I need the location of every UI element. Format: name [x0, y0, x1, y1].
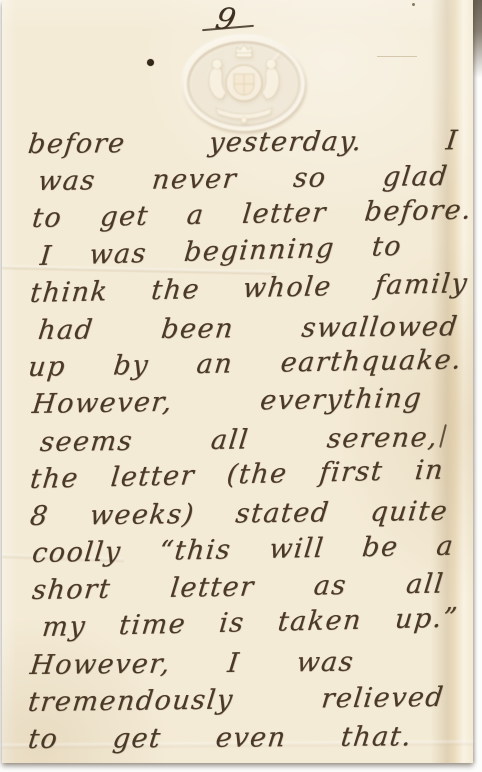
handwritten-line: However, everything [30, 382, 424, 425]
embossed-royal-coat-of-arms-seal [180, 36, 308, 132]
handwritten-line: before yesterday. I [26, 124, 460, 165]
page-number: 9 [212, 1, 238, 37]
handwritten-line: However, I was [28, 645, 356, 686]
scanned-letter-page: 9 [0, 0, 482, 772]
handwritten-line: to get even that. [26, 720, 414, 760]
handwritten-line: to get a letter before. [30, 194, 474, 240]
letter-body: before yesterday. I was never so glad to… [26, 128, 466, 760]
ink-blot [147, 59, 154, 66]
handwritten-line: my time is taken up.” [40, 602, 460, 649]
paper-speck [412, 3, 415, 6]
letter-paper: 9 [2, 0, 473, 763]
faint-pencil-mark [377, 56, 417, 57]
handwritten-line: tremendously relieved [26, 681, 446, 723]
royal-seal-icon [180, 36, 308, 132]
